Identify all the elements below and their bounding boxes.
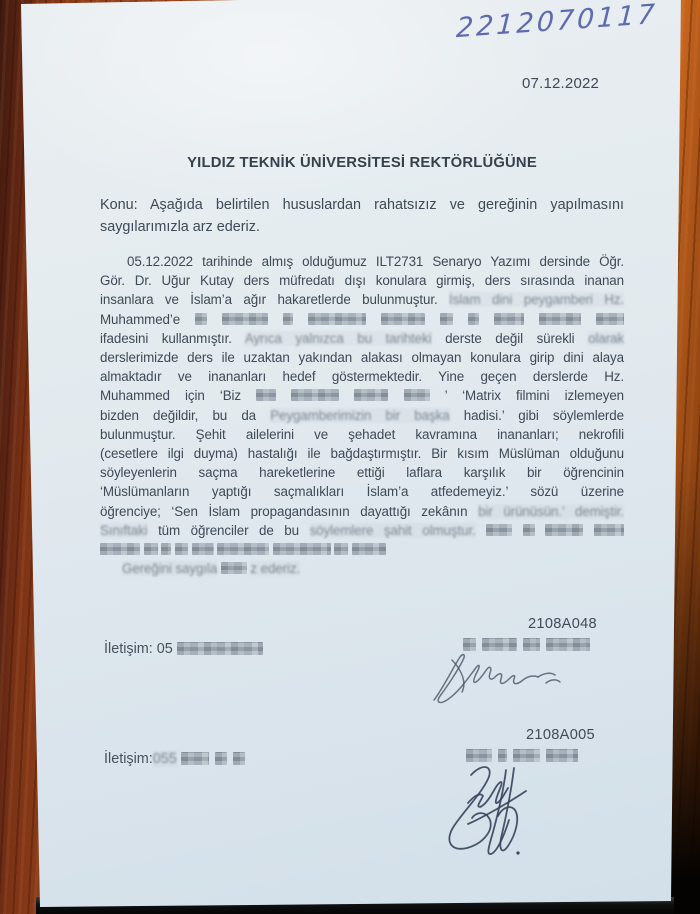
text-segment: Ayrıca yalnızca bu tarihteki [245, 331, 432, 346]
text-segment: tüm öğrenciler de bu [158, 523, 299, 538]
letter-content: 2212070117 07.12.2022 YILDIZ TEKNİK ÜNİV… [0, 0, 700, 914]
redaction-block [546, 749, 578, 762]
body-line: 05.12.2022 tarihinde almış olduğumuz ILT… [100, 252, 624, 271]
redaction-block [181, 752, 209, 765]
redaction-block [486, 524, 512, 536]
redaction-block [539, 313, 581, 325]
redaction-block [192, 543, 214, 555]
redaction-block [354, 389, 388, 401]
redaction-block [222, 313, 268, 325]
text-segment: Muhammed için ‘Biz [100, 388, 241, 403]
redaction-block [233, 752, 245, 765]
redaction-block [175, 543, 188, 555]
redaction-block [440, 313, 453, 325]
redaction-block [594, 524, 624, 536]
text-segment: olarak [588, 331, 624, 346]
letter-subject: Konu: Aşağıda belirtilen hususlardan rah… [100, 194, 624, 238]
redaction-block [352, 543, 386, 555]
redaction-block [334, 543, 348, 555]
redaction-block [195, 313, 207, 325]
signature-2 [438, 758, 538, 863]
text-segment: insanlara ve İslam’a ağır hakaretlerde b… [100, 292, 438, 307]
text-segment: 05.12.2022 tarihinde almış olduğumuz ILT… [127, 254, 624, 269]
subject-line-1: Konu: Aşağıda belirtilen hususlardan rah… [100, 194, 624, 216]
redaction-block [256, 389, 276, 401]
signature-1 [424, 650, 564, 708]
body-line: Sınıftaki tüm öğrenciler de bu söylemler… [100, 521, 624, 540]
redaction-block [291, 389, 339, 401]
body-line: ‘Müslümanların yaptığı saçmalıkları İsla… [100, 482, 624, 501]
redaction-block [523, 524, 535, 536]
letter-title: YILDIZ TEKNİK ÜNİVERSİTESİ REKTÖRLÜĞÜNE [100, 155, 624, 171]
text-segment: bir ürünüsün.’ demiştir. [478, 504, 624, 519]
body-line: bulunmuştur. Şehit ailelerini ve şehadet… [100, 425, 624, 444]
text-segment: Gereğini saygıla [122, 561, 217, 576]
body-line: Gör. Dr. Uğur Kutay ders müfredatı dışı … [100, 271, 624, 290]
redaction-block [161, 543, 171, 555]
redaction-block [545, 524, 583, 536]
handwritten-reference-number: 2212070117 [455, 0, 658, 44]
subject-line-2: saygılarımızla arz ederiz. [100, 216, 624, 238]
contact-label: İletişim: [104, 751, 153, 767]
body-line: almaktadır ve inananları hedef göstermek… [100, 367, 624, 386]
redaction-block [100, 543, 140, 555]
student-id-1: 2108A048 [528, 616, 597, 632]
letter-body: 05.12.2022 tarihinde almış olduğumuz ILT… [100, 252, 624, 578]
body-line: öğrenciye; ‘Sen İslam propagandasının da… [100, 502, 624, 521]
text-segment: Sınıftaki [100, 523, 147, 538]
body-line: derslerimizde ders ile uzaktan yakından … [100, 348, 624, 367]
redaction-block [215, 752, 227, 765]
text-segment: bulunmuştur. Şehit ailelerini ve şehadet… [100, 427, 624, 442]
body-line [100, 540, 624, 559]
text-segment: hadisi.’ gibi söylemlerde [464, 408, 624, 423]
redaction-block [468, 313, 479, 325]
text-segment: derste değil sürekli [445, 331, 575, 346]
text-segment: öğrenciye; ‘Sen İslam propagandasının da… [100, 504, 468, 519]
redaction-block [144, 543, 158, 555]
letter-date: 07.12.2022 [522, 75, 599, 92]
redaction-block [273, 543, 331, 555]
text-segment: söyleyenlerin saçma hareketlerine ettiği… [100, 465, 624, 480]
text-segment: ’ ‘Matrix filmini izlemeyen [445, 388, 624, 403]
redaction-block [381, 313, 425, 325]
body-line: Gereğini saygıla z ederiz. [100, 559, 624, 578]
redaction-block [221, 562, 247, 574]
contact-line-2: İletişim:055 [104, 751, 251, 767]
redaction-block [217, 543, 269, 555]
body-line: Muhammed için ‘Biz ’ ‘Matrix filmini izl… [100, 386, 624, 405]
body-line: insanlara ve İslam’a ağır hakaretlerde b… [100, 290, 624, 309]
text-segment: ifadesini kullanmıştır. [100, 331, 232, 346]
text-segment: Gör. Dr. Uğur Kutay ders müfredatı dışı … [100, 273, 624, 288]
redaction-block [404, 389, 430, 401]
body-line: Muhammed’e [100, 310, 624, 329]
text-segment: Peygamberimizin bir başka [270, 408, 449, 423]
text-segment: almaktadır ve inananları hedef göstermek… [100, 369, 624, 384]
body-line: (cesetlere ilgi duyma) hastalığı ile bağ… [100, 444, 624, 463]
text-segment: z ederiz. [250, 561, 300, 576]
redaction-block [494, 313, 524, 325]
body-line: söyleyenlerin saçma hareketlerine ettiği… [100, 463, 624, 482]
text-segment: Muhammed’e [100, 312, 180, 327]
text-segment: derslerimizde ders ile uzaktan yakından … [100, 350, 624, 365]
text-segment: ‘Müslümanların yaptığı saçmalıkları İsla… [100, 484, 624, 499]
text-segment: bizden değildir, bu da [100, 408, 256, 423]
contact-line-1: İletişim: 05 [104, 641, 269, 657]
redaction-block [177, 642, 263, 655]
redaction-block [308, 313, 366, 325]
body-line: ifadesini kullanmıştır. Ayrıca yalnızca … [100, 329, 624, 348]
student-id-2: 2108A005 [526, 727, 595, 743]
redaction-block [596, 313, 624, 325]
text-segment: İslam dini peygamberi Hz. [449, 292, 624, 307]
contact-partial-number: 055 [153, 751, 177, 767]
body-line: bizden değildir, bu da Peygamberimizin b… [100, 406, 624, 425]
contact-label: İletişim: 05 [104, 641, 173, 657]
redaction-block [283, 313, 293, 325]
text-segment: (cesetlere ilgi duyma) hastalığı ile bağ… [100, 446, 624, 461]
text-segment: söylemlere şahit olmuştur. [310, 523, 476, 538]
